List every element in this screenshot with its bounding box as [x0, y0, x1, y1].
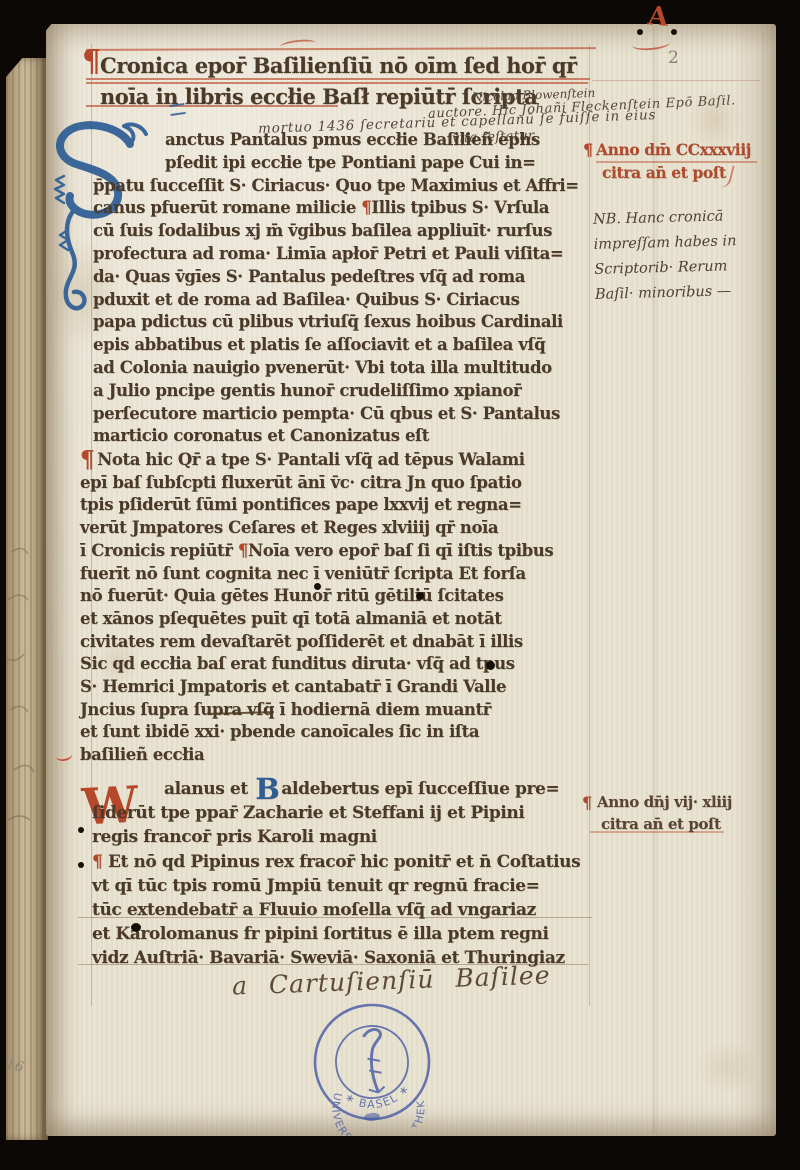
- text-segment: canus pfuerūt romane milicie: [93, 198, 361, 217]
- inline-pilcrow: ¶: [92, 852, 108, 872]
- text-line: da· Quas v̄gīes S· Pantalus pedeſtres vſ…: [93, 266, 598, 289]
- paragraph-pantalus: anctus Pantalus pmus eccłie Baſilieñ eph…: [93, 129, 598, 448]
- text-line: ſiderūt tpe ppar̄ Zacharie et Steffani i…: [92, 801, 602, 825]
- text-line: p̄patu ſucceſſit S· Ciriacus· Quo tpe Ma…: [93, 175, 598, 198]
- ink-spot: [78, 827, 84, 833]
- text-line: canus pfuerūt romane milicie ¶Illis tpib…: [93, 197, 598, 220]
- text-line: et xānos pſequētes puīt qī totā almaniā …: [80, 608, 595, 631]
- text-line: ¶ Et nō qd Pipinus rex fracor̄ hic ponit…: [92, 850, 602, 874]
- text-line: ad Colonia nauigio pvenerūt· Vbi tota il…: [93, 357, 598, 380]
- heading-pilcrow: ¶: [82, 44, 101, 79]
- text-line: et Karolomanus fr pipini ſortitus ē illa…: [92, 922, 602, 946]
- text-line: epis abbatibus et platis ſe aſſociavit e…: [93, 334, 598, 357]
- text-line: Sic qd eccłia baſ erat funditus diruta· …: [80, 653, 595, 676]
- text-line: nō fuerūt· Quia gētes Hunor̄ ritū gētili…: [80, 585, 595, 608]
- text-segment: ī Cronicis repiūtr̄: [80, 541, 238, 560]
- ghost-writing: [4, 540, 50, 850]
- text-line: vt qī tūc tpis romū Jmpiū tenuit qr regn…: [92, 874, 602, 898]
- text-segment: Illis tpibus S· Vrſula: [371, 198, 549, 217]
- text-line: pduxit et de roma ad Baſilea· Quibus S· …: [93, 289, 598, 312]
- ink-spot: [78, 862, 84, 868]
- stain: [696, 1040, 760, 1094]
- ruling-line-vertical: [763, 32, 764, 1130]
- text-segment: aldebertus epī ſucceſſiue pre=: [281, 779, 559, 799]
- margin-note-nb: NB. Hanc cronicā impreſſam habes in Scri…: [593, 204, 738, 308]
- fold-crease: [653, 26, 655, 1134]
- text-line: cū ſuis ſodalibus xj m̄ v̄gibus baſilea …: [93, 220, 598, 243]
- text-line: ¶Nota hic Qr̄ a tpe S· Pantali vſq̄ ad t…: [80, 449, 595, 472]
- text-line: anctus Pantalus pmus eccłie Baſilieñ eph…: [93, 129, 598, 152]
- margin-pilcrow: ¶: [583, 140, 593, 159]
- margin-pilcrow: ¶: [582, 793, 592, 812]
- heading-line: Cronica epor̄ Baſilienſiū nō oīm ſed hor…: [100, 50, 577, 81]
- margin-note-line: NB. Hanc cronicā: [593, 204, 736, 233]
- margin-note-line: citra an̄ et poſt: [597, 813, 732, 835]
- ink-spot: [314, 583, 321, 590]
- ink-spot: [416, 592, 424, 600]
- inline-pilcrow: ¶: [238, 541, 248, 560]
- margin-note-line: Anno dn̄j vij· xliij: [597, 791, 732, 813]
- manuscript-scan: ¶ Cronica epor̄ Baſilienſiū nō oīm ſed h…: [0, 0, 800, 1170]
- text-line: tūc extendebatr̄ a Fluuio moſella vſq̄ a…: [92, 898, 602, 922]
- crozier-detail: [365, 1057, 386, 1094]
- text-line: regis francor̄ pris Karoli magni: [92, 825, 602, 849]
- text-segment: Et nō qd Pipinus rex fracor̄ hic ponitr̄…: [108, 852, 580, 872]
- ink-spot: [131, 923, 141, 932]
- ruling-line: [592, 80, 760, 81]
- text-line: alanus et Baldebertus epī ſucceſſiue pre…: [92, 777, 602, 801]
- text-line: perſecutore marticio pempta· Cū qbus et …: [93, 403, 598, 426]
- text-line: Jncius ſupra ſupra vſq̄ ī hodiernā diem …: [80, 699, 595, 722]
- text-segment: Noīa vero epor̄ baſ ſi qī iſtis tpibus: [248, 541, 553, 560]
- text-line: baſilieñ eccłia: [80, 744, 595, 767]
- text-line: papa pdictus cū plibus vtriuſq̄ ſexus ho…: [93, 311, 598, 334]
- text-line: ī Cronicis repiūtr̄ ¶Noīa vero epor̄ baſ…: [80, 540, 595, 563]
- text-line: fuerīt nō ſunt cognita nec ī veniūtr̄ ſc…: [80, 563, 595, 586]
- text-line: S· Hemrici Jmpatoris et cantabatr̄ ī Gra…: [80, 676, 595, 699]
- text-line: epī baſ ſubſcpti fluxerūt ānī v̄c· citra…: [80, 472, 595, 495]
- text-line: civitates rem devaſtarēt poſſiderēt et d…: [80, 631, 595, 654]
- text-line: pſedit ipi eccłie tpe Pontiani pape Cui …: [93, 152, 598, 175]
- folio-number: 2: [668, 48, 679, 68]
- corner-letter-mark: A: [647, 1, 670, 33]
- text-line: et ſunt ibidē xxi· pbende canoīcales ſic…: [80, 721, 595, 744]
- margin-note-line: Scriptorib· Rerum: [594, 254, 737, 283]
- margin-note-anno-743: Anno dn̄j vij· xliij citra an̄ et poſt: [597, 791, 732, 835]
- margin-note-line: Anno dm̄ CCxxxviij: [596, 138, 751, 161]
- text-line: marticio coronatus et Canonizatus eſt: [93, 425, 598, 448]
- text-line: verūt Jmpatores Ceſares et Reges xlviiij…: [80, 517, 595, 540]
- margin-note-line: impreſſam habes in: [593, 229, 736, 258]
- paragraph-nota: ¶Nota hic Qr̄ a tpe S· Pantali vſq̄ ad t…: [80, 449, 595, 767]
- inline-pilcrow: ¶: [361, 198, 371, 217]
- ink-spot: [671, 29, 677, 35]
- paragraph-walanus: alanus et Baldebertus epī ſucceſſiue pre…: [92, 777, 602, 971]
- blue-insertion-mark: [169, 103, 185, 116]
- margin-note-line: Baſil· minoribus —: [595, 279, 738, 308]
- text-segment: alanus et: [164, 779, 253, 799]
- ink-spot: [637, 29, 643, 35]
- text-line: tpis pſiderūt ſūmi pontifices pape lxxvi…: [80, 494, 595, 517]
- text-line: a Julio pncipe gentis hunor̄ crudeliſſim…: [93, 380, 598, 403]
- ink-spot: [486, 661, 495, 670]
- text-segment: Nota hic Qr̄ a tpe S· Pantali vſq̄ ad tē…: [97, 450, 524, 469]
- text-line: profectura ad roma· Limīa apłor̄ Petri e…: [93, 243, 598, 266]
